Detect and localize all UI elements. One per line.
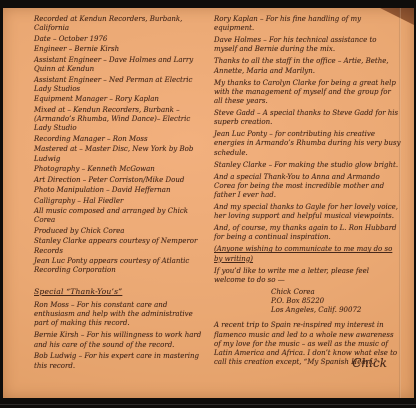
acknowledgement: Dave Holmes – For his technical assistan…: [214, 36, 401, 54]
acknowledgement: And a special Thank-You to Anna and Arma…: [214, 173, 401, 201]
credit-line: Art Direction – Peter Corriston/Mike Dou…: [34, 176, 209, 185]
credits-column: Recorded at Kendun Recorders, Burbank, C…: [34, 15, 209, 374]
credit-line: Assistant Engineer – Ned Perman at Elect…: [34, 76, 209, 95]
credit-line: Recorded at Kendun Recorders, Burbank, C…: [34, 15, 209, 34]
address-line: Chick Corea: [271, 288, 401, 297]
acknowledgement: My thanks to Carolyn Clarke for being a …: [214, 79, 401, 107]
credit-line: Mixed at – Kendun Recorders, Burbank –(A…: [34, 106, 209, 134]
closing-note-block: A recent trip to Spain re-inspired my in…: [214, 321, 401, 367]
credit-line: Jean Luc Ponty appears courtesy of Atlan…: [34, 257, 209, 276]
album-back-cover: Recorded at Kendun Recorders, Burbank, C…: [3, 8, 414, 398]
contact-invite: If you’d like to write me a letter, plea…: [214, 267, 401, 285]
credit-line: Stanley Clarke appears courtesy of Nempe…: [34, 237, 209, 256]
contact-address: Chick Corea P.O. Box 85220 Los Angeles, …: [271, 288, 401, 316]
acknowledgement: And, of course, my thanks again to L. Ro…: [214, 224, 401, 242]
address-line: Los Angeles, Calif. 90072: [271, 306, 401, 315]
acknowledgement: Steve Gadd – A special thanks to Steve G…: [214, 109, 401, 127]
thank-you-item: Bernie Kirsh – For his willingness to wo…: [34, 331, 209, 350]
credit-line: Mastered at – Master Disc, New York by B…: [34, 145, 209, 164]
credit-line: Equipment Manager – Rory Kaplan: [34, 95, 209, 104]
acknowledgement: Rory Kaplan – For his fine handling of m…: [214, 15, 401, 33]
acknowledgement: Thanks to all the staff in the office – …: [214, 57, 401, 75]
thank-you-item: Ron Moss – For his constant care and ent…: [34, 301, 209, 329]
credit-line: Photography – Kenneth McGowan: [34, 165, 209, 174]
credit-line: Calligraphy – Hal Fiedler: [34, 197, 209, 206]
contact-note: (Anyone wishing to communicate to me may…: [214, 245, 401, 263]
thank-you-item: Bob Ludwig – For his expert care in mast…: [34, 352, 209, 371]
signature: Chick: [352, 356, 387, 370]
credit-line: All music composed and arranged by Chick…: [34, 207, 209, 226]
acknowledgement: Stanley Clarke – For making the studio g…: [214, 161, 401, 170]
credit-line: Produced by Chick Corea: [34, 227, 209, 236]
credit-line: Assistant Engineer – Dave Holmes and Lar…: [34, 56, 209, 75]
acknowledgement: And my special thanks to Gayle for her l…: [214, 203, 401, 221]
credit-line: Photo Manipulation – David Heffernan: [34, 186, 209, 195]
credit-line: Date – October 1976: [34, 35, 209, 44]
acknowledgements-column: Rory Kaplan – For his fine handling of m…: [214, 15, 401, 370]
thank-you-heading: Special “Thank-You’s”: [34, 287, 209, 296]
acknowledgement: Jean Luc Ponty – for contributing his cr…: [214, 130, 401, 158]
credit-line: Engineer – Bernie Kirsh: [34, 45, 209, 54]
credit-line: Recording Manager – Ron Moss: [34, 135, 209, 144]
bottom-frame-glint: [0, 404, 416, 405]
address-line: P.O. Box 85220: [271, 297, 401, 306]
